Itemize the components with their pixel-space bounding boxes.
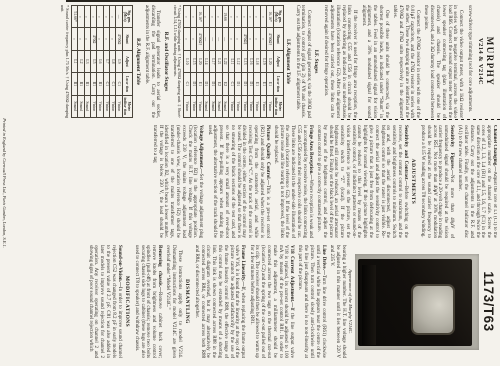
body-paragraph: One of these units should be connected, …: [360, 5, 389, 118]
section-picture-quality: Picture Quality Control.—This is a pre-s…: [206, 125, 270, 238]
table-row: „„L11C1Vision: [229, 6, 235, 118]
table-row: „—L17D1Sound: [209, 6, 215, 118]
table-row: —4700ΩL9C1Vision: [116, 6, 122, 118]
rotated-page: MURPHY V214 & V214C screw-driver type tr…: [0, 0, 500, 366]
table-header-cell: Meter indica- tion: [273, 95, 283, 117]
body-paragraph: Connect output of signal generator, via …: [294, 5, 311, 118]
section-heading-if-stages: I.F. Stages: [313, 5, 319, 118]
section-sensitivity-figures: Sensitivity Figures.—Not more than 40μV …: [419, 125, 454, 238]
table-row: „„L3B1Sound: [84, 6, 90, 118]
table-row: „„L8C1Vision: [110, 6, 116, 118]
table-row: „„L18E1Vision: [254, 6, 260, 118]
section-sensitivity-contrast: Sensitivity and Contrast.—Before switchi…: [315, 125, 408, 238]
section-v18-current: V18 Current Adjustment.—If the line outp…: [248, 245, 294, 358]
table-header-cell: Shunt: [273, 28, 283, 50]
section-removing-chassis: Removing chassis.—Remove cabinet back co…: [133, 245, 162, 358]
section-frame-linearity: Frame Linearity.—If, when replacing the …: [193, 245, 245, 358]
body-paragraph: bearing a higher number. The H.T. line v…: [328, 245, 345, 358]
table-header-cell: Adjust: [122, 50, 132, 72]
body-paragraph: Connect the 4700Ω resistor in series wit…: [391, 5, 420, 118]
body-paragraph: Transfer signal generator leads to aeria…: [143, 5, 160, 118]
body-paragraph: Connect the video output meter, with a 1…: [423, 5, 464, 118]
table-row: 19.66—L22E2Sound: [222, 6, 228, 118]
table-row: „„L6B1Vision: [97, 6, 103, 118]
tv-screen: [411, 284, 455, 335]
tv-cabinet-base: [362, 265, 376, 345]
section-heading-rf-stages: R.F. and Oscillator Stages: [162, 5, 168, 118]
table-header-cell: Sig. gen. (Mc/s): [122, 6, 132, 28]
photo-caption: Appearance of the Murphy V214C.: [348, 245, 353, 358]
if-table-footnotes: * Using 470Ω damping unit. † Using 4700Ω…: [172, 5, 182, 118]
body-paragraph: screw-driver type trimming tool for core…: [466, 5, 472, 118]
section-line-drive: Line Drive.—Turn line drive control (R61…: [297, 245, 326, 358]
table-row: „„L19E1Vision: [260, 6, 266, 118]
body-paragraph: If the receiver is used for fringe area …: [322, 5, 357, 118]
column-layout: MURPHY V214 & V214C screw-driver type tr…: [11, 0, 500, 366]
section-sound-on-vision: Sound-on-Vision.—In order to improve sou…: [87, 245, 122, 358]
table-header-cell: Sig. gen. (Mc/s): [273, 6, 283, 28]
table-header-cell: Loca- tion: [273, 73, 283, 95]
heading-dismantling: DISMANTLING: [184, 245, 190, 358]
table-row: „„L2B1Sound: [78, 6, 84, 118]
section-channel-changing: Channel Changing.—Adjust the core of L1 …: [456, 125, 497, 238]
table-row: „„L15D1Vision: [190, 6, 196, 118]
section-voltage-adjustment: Voltage Adjustment.—Set the voltage adju…: [151, 125, 203, 238]
table-row: „„L12D1Vision: [235, 6, 241, 118]
table-row: „„L10C1Vision: [184, 6, 190, 118]
table-row: 16.16*4700Ω†L20E1Vision: [197, 6, 203, 118]
heading-adjustments: ADJUSTMENTS: [410, 125, 416, 238]
sheet-number: 1173/T63: [480, 245, 496, 358]
table-row: „—L14D1Sound: [203, 6, 209, 118]
table-row: 16.16*4700Ω†L20E1Vision: [267, 6, 273, 118]
tv-cabinet: [358, 259, 472, 346]
heading-modifications: MODIFICATIONS: [124, 245, 130, 358]
scanned-service-sheet: MURPHY V214 & V214C screw-driver type tr…: [0, 0, 500, 366]
column-2: Channel Changing.—Adjust the core of L1 …: [11, 125, 497, 238]
table-header-cell: Meter indica- tion: [122, 95, 132, 117]
table-row: „470Ω‡L13D1Vision: [241, 6, 247, 118]
table-row: „„L16D1Vision: [248, 6, 254, 118]
column-1: MURPHY V214 & V214C screw-driver type tr…: [11, 5, 497, 118]
scan-edge-artifact: [66, 0, 332, 2]
table-row: 51.66*„L1B1Sound: [71, 6, 77, 118]
table-header-cell: Loca- tion: [122, 73, 132, 95]
brand-title: MURPHY: [484, 5, 494, 118]
rf-table-title: R.F. Alignment Table: [134, 5, 140, 118]
section-fringe-area: Fringe Area Reception.—Where reception i…: [272, 125, 313, 238]
column-3: 1173/T63 Appearance of the Murphy V214C.…: [11, 245, 497, 358]
table-row: „470ΩL5B1Vision: [90, 6, 96, 118]
table-row: „—L21E2Sound: [216, 6, 222, 118]
scan-crease-artifact: [338, 119, 500, 120]
tv-photo: [355, 254, 479, 350]
table-header-cell: Shunt: [122, 28, 132, 50]
if-alignment-table: Sig. gen. (Mc/s)ShuntAdjustLoca- tionMet…: [183, 5, 283, 118]
printer-imprint: Printed in England by Cornwall Press Ltd…: [2, 28, 7, 338]
rf-alignment-table: Sig. gen. (Mc/s)ShuntAdjustLoca- tionMet…: [71, 5, 133, 118]
table-row: „„L7C1Vision: [103, 6, 109, 118]
model-numbers: V214 & V214C: [477, 5, 485, 118]
masthead: MURPHY V214 & V214C: [477, 5, 494, 118]
body-paragraph: These instructions apply only to model V…: [164, 245, 181, 358]
rf-table-footnotes: * Sound carrier frequency plus 1.75 Mc/s…: [59, 5, 69, 118]
table-header-cell: Adjust: [273, 50, 283, 72]
if-table-title: I.F. Alignment Table: [285, 5, 291, 118]
